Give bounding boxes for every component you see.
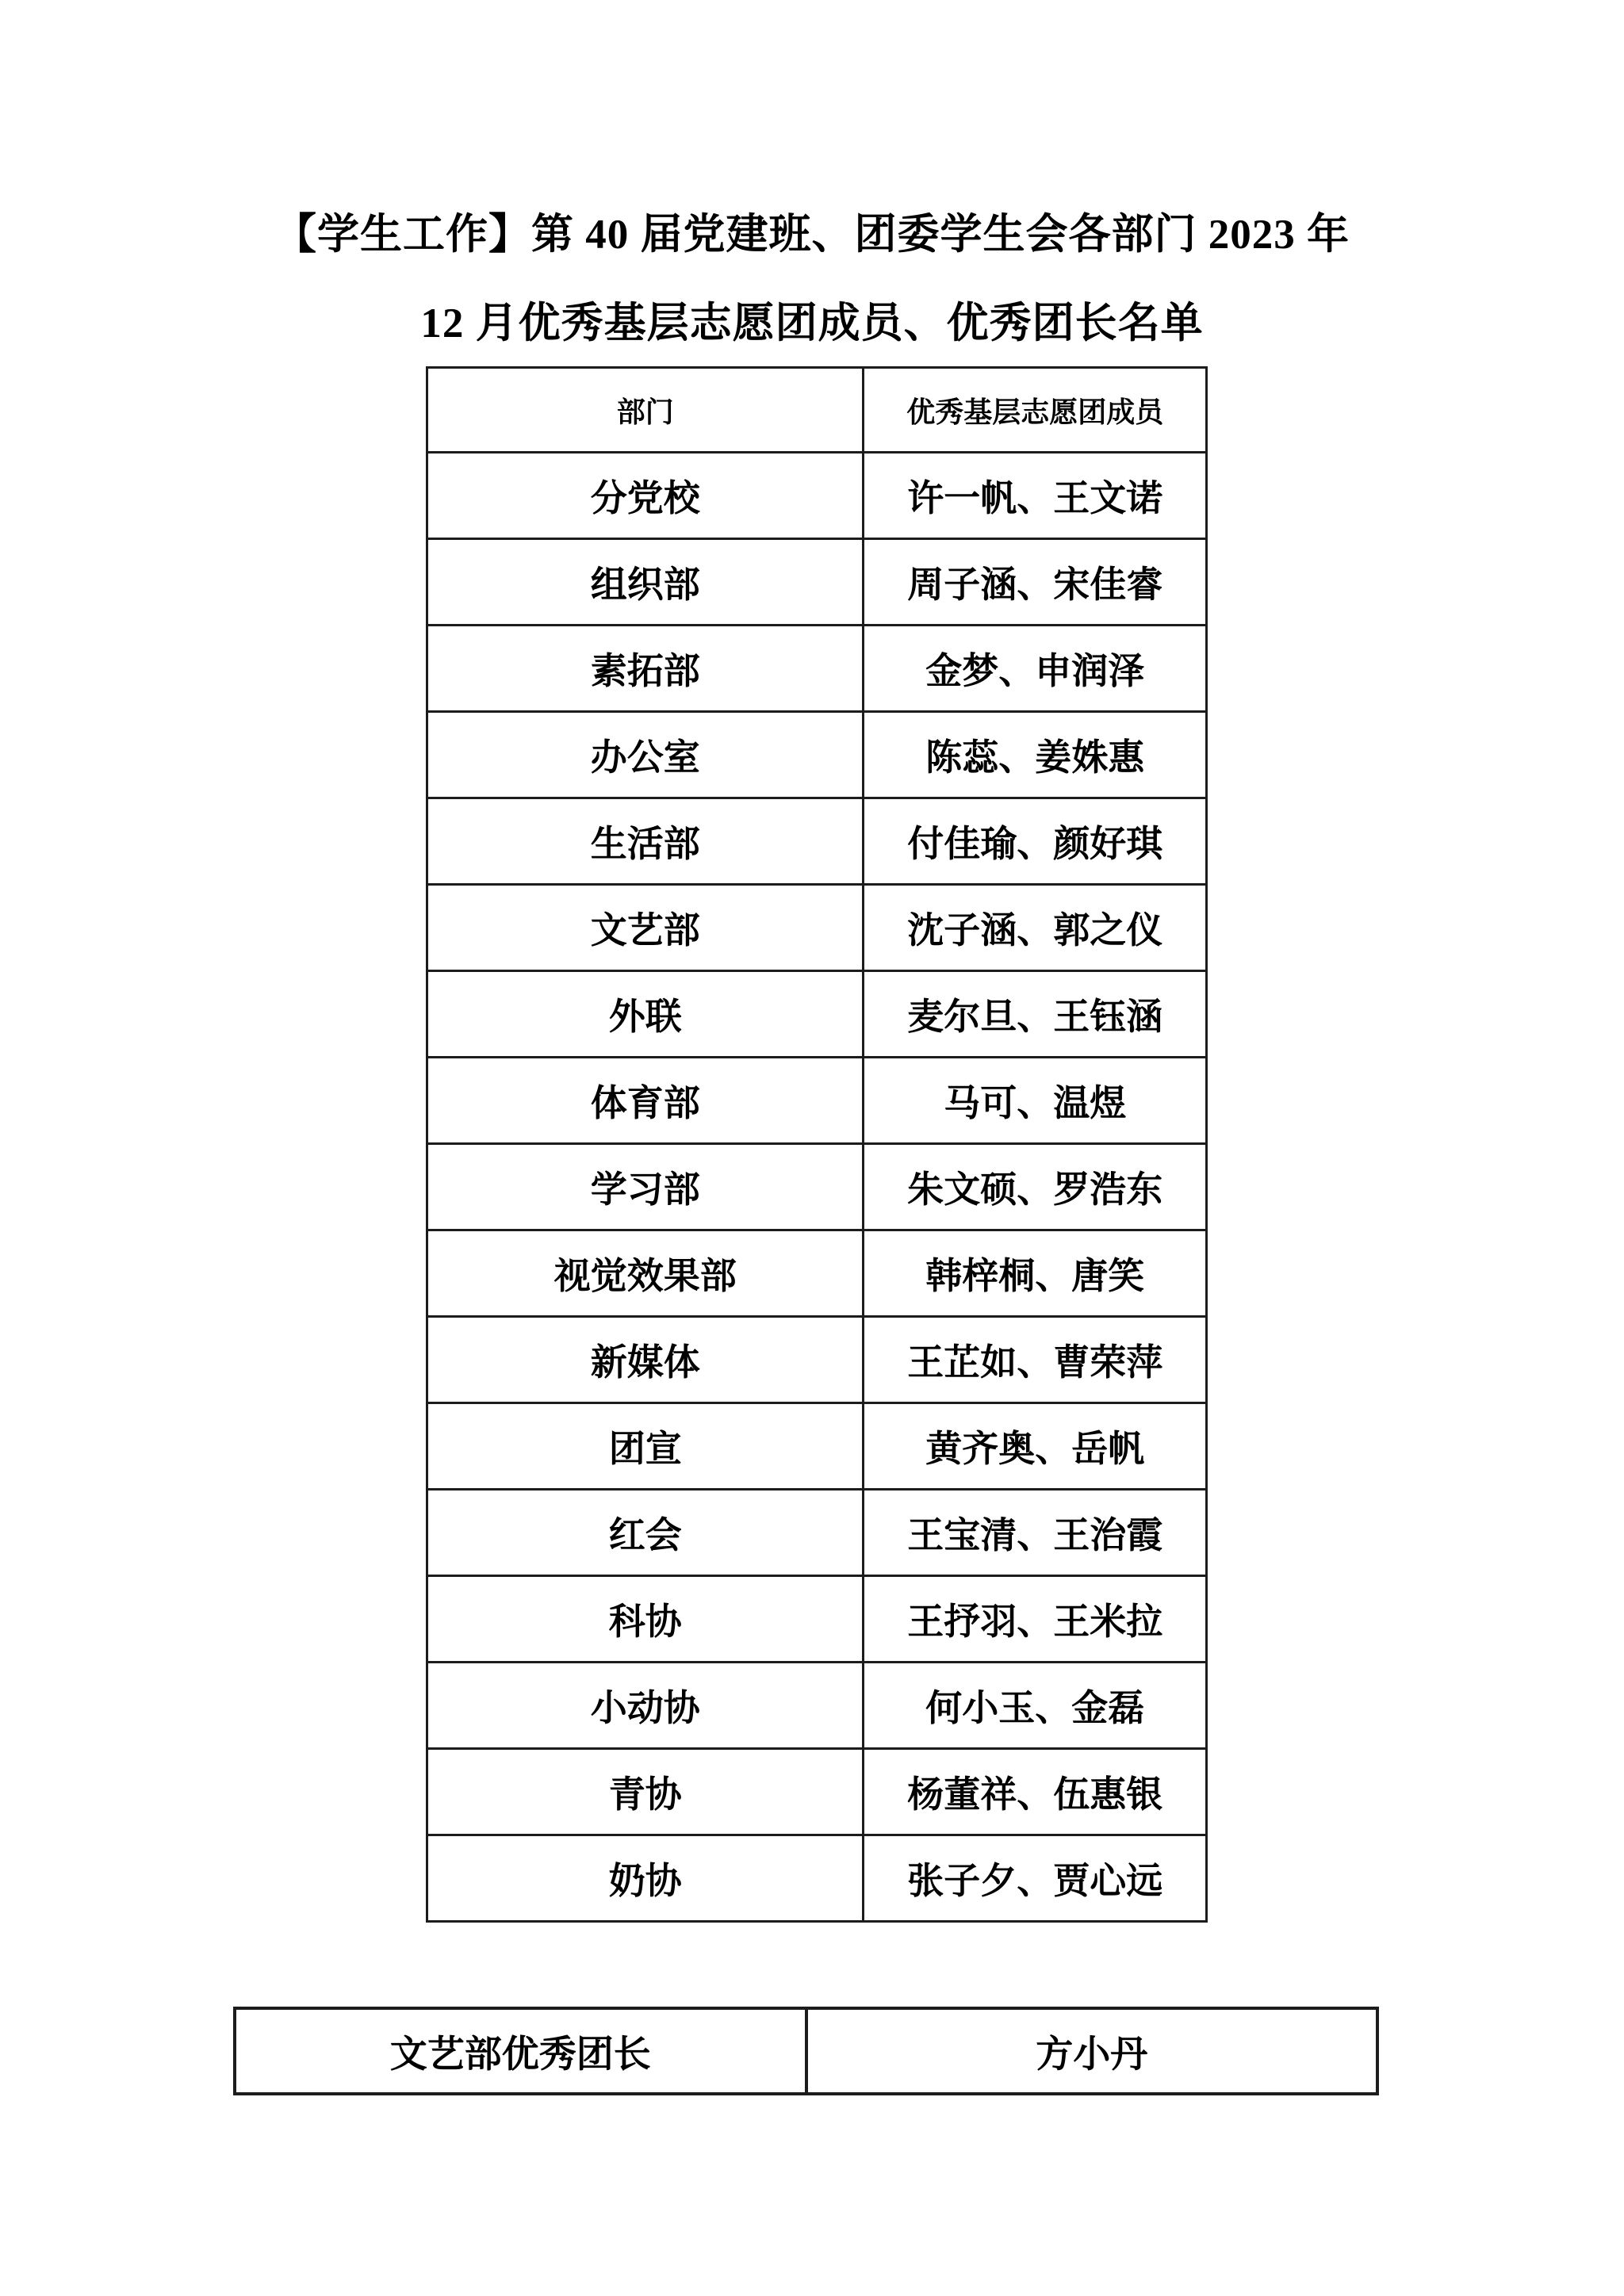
members-cell: 沈子涵、郭之仪 xyxy=(864,885,1207,971)
department-cell: 视觉效果部 xyxy=(427,1230,864,1317)
page-title-line1: 【学生工作】第 40 届党建班、团委学生会各部门 2023 年 xyxy=(0,190,1624,279)
members-cell: 王芷如、曹荣萍 xyxy=(864,1317,1207,1403)
members-cell: 朱文硕、罗浩东 xyxy=(864,1144,1207,1230)
table-row: 生活部付佳瑜、颜好琪 xyxy=(427,798,1207,885)
table-row: 团宣黄齐奥、岳帆 xyxy=(427,1403,1207,1490)
members-cell: 陈蕊、姜姝惠 xyxy=(864,712,1207,798)
members-cell: 许一帆、王文诺 xyxy=(864,453,1207,539)
department-cell: 学习部 xyxy=(427,1144,864,1230)
members-table-header-row: 部门 优秀基层志愿团成员 xyxy=(427,368,1207,453)
table-row: 奶协张子夕、贾心远 xyxy=(427,1835,1207,1922)
department-cell: 办公室 xyxy=(427,712,864,798)
department-cell: 红会 xyxy=(427,1490,864,1576)
members-cell: 王抒羽、王米拉 xyxy=(864,1576,1207,1663)
members-cell: 麦尔旦、王钰涵 xyxy=(864,971,1207,1058)
table-row: 红会王宝清、王治霞 xyxy=(427,1490,1207,1576)
members-cell: 黄齐奥、岳帆 xyxy=(864,1403,1207,1490)
department-cell: 团宣 xyxy=(427,1403,864,1490)
members-cell: 金梦、申润泽 xyxy=(864,626,1207,712)
table-row: 文艺部沈子涵、郭之仪 xyxy=(427,885,1207,971)
leader-label-cell: 文艺部优秀团长 xyxy=(235,2008,806,2094)
leader-table: 文艺部优秀团长 方小丹 xyxy=(233,2007,1379,2095)
table-row: 小动协何小玉、金磊 xyxy=(427,1663,1207,1749)
table-row: 科协王抒羽、王米拉 xyxy=(427,1576,1207,1663)
page-title: 【学生工作】第 40 届党建班、团委学生会各部门 2023 年 12 月优秀基层… xyxy=(0,190,1624,368)
members-cell: 周子涵、宋佳睿 xyxy=(864,539,1207,626)
leader-table-row: 文艺部优秀团长 方小丹 xyxy=(235,2008,1377,2094)
table-row: 组织部周子涵、宋佳睿 xyxy=(427,539,1207,626)
table-row: 体育部马可、温煜 xyxy=(427,1058,1207,1144)
department-cell: 生活部 xyxy=(427,798,864,885)
members-cell: 付佳瑜、颜好琪 xyxy=(864,798,1207,885)
members-cell: 杨董祥、伍惠银 xyxy=(864,1749,1207,1835)
members-table-body: 分党校许一帆、王文诺组织部周子涵、宋佳睿素拓部金梦、申润泽办公室陈蕊、姜姝惠生活… xyxy=(427,453,1207,1922)
table-row: 青协杨董祥、伍惠银 xyxy=(427,1749,1207,1835)
department-cell: 文艺部 xyxy=(427,885,864,971)
department-cell: 奶协 xyxy=(427,1835,864,1922)
department-cell: 体育部 xyxy=(427,1058,864,1144)
department-cell: 青协 xyxy=(427,1749,864,1835)
header-members: 优秀基层志愿团成员 xyxy=(864,368,1207,453)
department-cell: 素拓部 xyxy=(427,626,864,712)
department-cell: 新媒体 xyxy=(427,1317,864,1403)
document-page: 【学生工作】第 40 届党建班、团委学生会各部门 2023 年 12 月优秀基层… xyxy=(0,0,1624,2296)
members-cell: 韩梓桐、唐笑 xyxy=(864,1230,1207,1317)
members-table: 部门 优秀基层志愿团成员 分党校许一帆、王文诺组织部周子涵、宋佳睿素拓部金梦、申… xyxy=(426,366,1208,1923)
header-department: 部门 xyxy=(427,368,864,453)
department-cell: 外联 xyxy=(427,971,864,1058)
members-cell: 王宝清、王治霞 xyxy=(864,1490,1207,1576)
table-row: 新媒体王芷如、曹荣萍 xyxy=(427,1317,1207,1403)
table-row: 外联麦尔旦、王钰涵 xyxy=(427,971,1207,1058)
table-row: 分党校许一帆、王文诺 xyxy=(427,453,1207,539)
department-cell: 科协 xyxy=(427,1576,864,1663)
department-cell: 组织部 xyxy=(427,539,864,626)
members-cell: 张子夕、贾心远 xyxy=(864,1835,1207,1922)
table-row: 学习部朱文硕、罗浩东 xyxy=(427,1144,1207,1230)
leader-name-cell: 方小丹 xyxy=(806,2008,1378,2094)
table-row: 视觉效果部韩梓桐、唐笑 xyxy=(427,1230,1207,1317)
table-row: 素拓部金梦、申润泽 xyxy=(427,626,1207,712)
department-cell: 小动协 xyxy=(427,1663,864,1749)
members-cell: 马可、温煜 xyxy=(864,1058,1207,1144)
members-cell: 何小玉、金磊 xyxy=(864,1663,1207,1749)
department-cell: 分党校 xyxy=(427,453,864,539)
table-row: 办公室陈蕊、姜姝惠 xyxy=(427,712,1207,798)
page-title-line2: 12 月优秀基层志愿团成员、优秀团长名单 xyxy=(0,279,1624,368)
